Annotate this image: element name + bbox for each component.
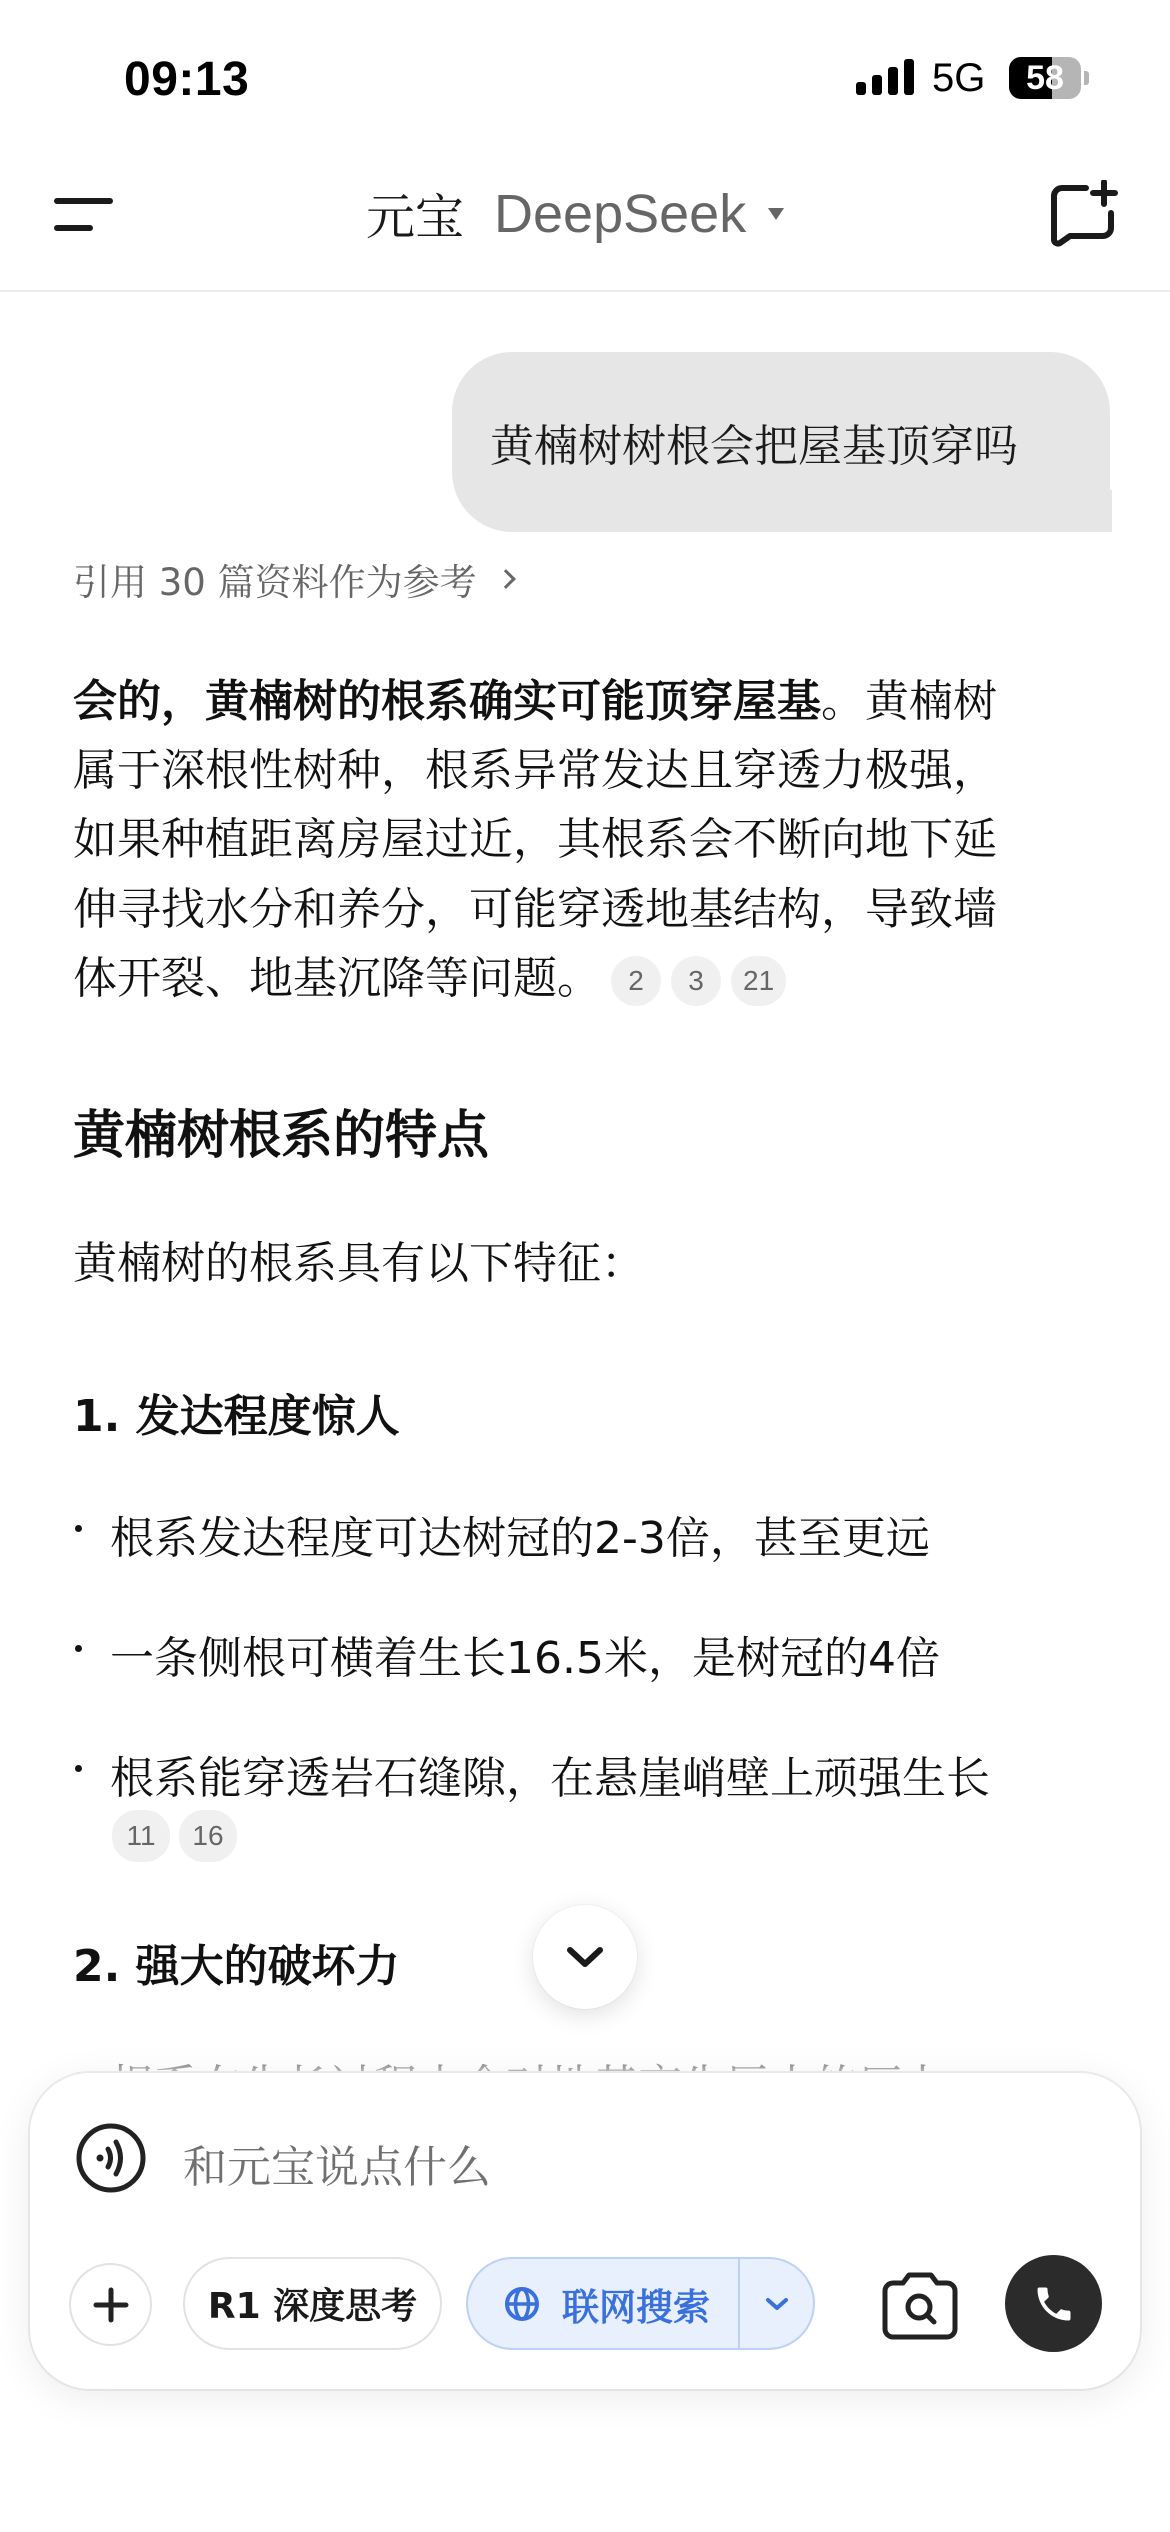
citation-chip[interactable]: 11 bbox=[112, 1810, 170, 1862]
composer: 和元宝说点什么 R1 深度思考 联网搜索 bbox=[30, 2073, 1140, 2389]
section-heading: 黄楠树根系的特点 bbox=[73, 1093, 489, 1168]
caret-down-icon bbox=[768, 208, 784, 220]
chevron-down-icon bbox=[765, 2296, 789, 2312]
plus-icon bbox=[93, 2287, 129, 2323]
bullet-text: 根系能穿透岩石缝隙，在悬崖峭壁上顽强生长 bbox=[110, 1742, 990, 1806]
phone-icon bbox=[1032, 2282, 1076, 2326]
hamburger-icon-short-line bbox=[54, 225, 93, 231]
status-time: 09:13 bbox=[124, 52, 249, 107]
answer-text: 。黄楠树 bbox=[821, 676, 997, 727]
answer-text: 体开裂、地基沉降等问题。 bbox=[73, 953, 601, 1004]
app-brand: 元宝 bbox=[366, 179, 464, 249]
web-search-toggle[interactable]: 联网搜索 bbox=[466, 2257, 815, 2350]
answer-text: 如果种植距离房屋过近，其根系会不断向地下延 bbox=[73, 814, 997, 865]
new-chat-button[interactable] bbox=[1046, 180, 1122, 254]
answer-bold-text: 会的，黄楠树的根系确实可能顶穿屋基 bbox=[73, 676, 821, 727]
voice-wave-icon bbox=[75, 2122, 147, 2194]
citation-chip[interactable]: 2 bbox=[611, 956, 661, 1006]
bullet-dot bbox=[75, 1765, 82, 1772]
bullet-text: 根系发达程度可达树冠的2-3倍，甚至更远 bbox=[110, 1502, 930, 1566]
bubble-tail bbox=[1098, 490, 1112, 532]
answer-text: 属于深根性树种，根系异常发达且穿透力极强， bbox=[73, 745, 997, 796]
bullet-text: 一条侧根可横着生长16.5米，是树冠的4倍 bbox=[110, 1622, 940, 1686]
references-label: 引用 30 篇资料作为参考 bbox=[73, 552, 477, 606]
globe-icon bbox=[504, 2286, 540, 2322]
camera-search-button[interactable] bbox=[878, 2263, 962, 2347]
answer-line: 伸寻找水分和养分，可能穿透地基结构，导致墙 bbox=[73, 884, 997, 936]
voice-call-button[interactable] bbox=[1005, 2255, 1102, 2352]
menu-button[interactable] bbox=[44, 186, 124, 242]
subsection-title: 2. 强大的破坏力 bbox=[73, 1930, 400, 1994]
web-search-label: 联网搜索 bbox=[562, 2277, 710, 2331]
network-type: 5G bbox=[932, 56, 985, 101]
model-selector[interactable]: 元宝 DeepSeek bbox=[366, 186, 784, 242]
new-chat-icon bbox=[1046, 180, 1122, 254]
answer-line: 会的，黄楠树的根系确实可能顶穿屋基。黄楠树 bbox=[73, 676, 997, 728]
message-input[interactable]: 和元宝说点什么 bbox=[183, 2131, 491, 2195]
answer-line: 如果种植距离房屋过近，其根系会不断向地下延 bbox=[73, 814, 997, 866]
web-search-dropdown[interactable] bbox=[740, 2259, 813, 2348]
chevron-down-icon bbox=[565, 1944, 605, 1970]
citation-chip[interactable]: 16 bbox=[179, 1810, 237, 1862]
citation-chip[interactable]: 21 bbox=[731, 956, 786, 1006]
answer-text: 伸寻找水分和养分，可能穿透地基结构，导致墙 bbox=[73, 884, 997, 935]
user-message-bubble[interactable]: 黄楠树树根会把屋基顶穿吗 bbox=[452, 352, 1110, 532]
header-divider bbox=[0, 290, 1170, 292]
web-search-main[interactable]: 联网搜索 bbox=[468, 2259, 738, 2348]
citation-row: 11 16 bbox=[112, 1810, 237, 1862]
citation-chip[interactable]: 3 bbox=[671, 956, 721, 1006]
deep-think-toggle[interactable]: R1 深度思考 bbox=[183, 2257, 442, 2350]
scroll-to-bottom-button[interactable] bbox=[533, 1905, 637, 2009]
signal-icon bbox=[856, 59, 914, 95]
voice-input-button[interactable] bbox=[75, 2122, 147, 2194]
answer-line: 体开裂、地基沉降等问题。2321 bbox=[73, 953, 786, 1006]
battery-tip bbox=[1084, 71, 1089, 85]
chevron-right-icon bbox=[496, 569, 516, 589]
camera-search-icon bbox=[881, 2269, 959, 2341]
bullet-dot bbox=[75, 1645, 82, 1652]
model-name: DeepSeek bbox=[494, 183, 746, 245]
attach-button[interactable] bbox=[69, 2263, 152, 2346]
bullet-dot bbox=[75, 1525, 82, 1532]
section-intro: 黄楠树的根系具有以下特征： bbox=[73, 1238, 645, 1290]
hamburger-icon bbox=[54, 198, 113, 204]
subsection-title: 1. 发达程度惊人 bbox=[73, 1380, 400, 1444]
battery-icon: 58 bbox=[1009, 57, 1081, 99]
answer-line: 属于深根性树种，根系异常发达且穿透力极强， bbox=[73, 745, 997, 797]
battery-percent: 58 bbox=[1009, 58, 1081, 98]
references-link[interactable]: 引用 30 篇资料作为参考 bbox=[73, 552, 513, 606]
user-message-text: 黄楠树树根会把屋基顶穿吗 bbox=[490, 410, 1018, 474]
